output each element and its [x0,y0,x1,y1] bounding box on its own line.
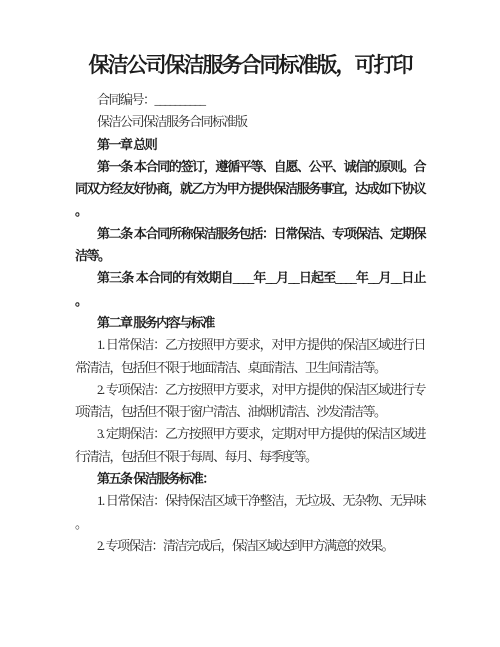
document-page: 保洁公司保洁服务合同标准版，可打印 合同编号：__________保洁公司保洁服… [0,0,500,647]
document-line: 第一条 本合同的签订，遵循平等、自愿、公平、诚信的原则。合 [75,156,425,178]
document-line: 第三条 本合同的有效期自____年__月__日起至____年__月__日止 [75,267,425,289]
document-line: 3. 定期保洁：乙方按照甲方要求，定期对甲方提供的保洁区域进 [75,423,425,445]
document-line: 1. 日常保洁：保持保洁区域干净整洁，无垃圾、无杂物、无异味 [75,490,425,512]
document-line: 第五条 保洁服务标准： [75,468,425,490]
document-line: 项清洁，包括但不限于窗户清洁、油烟机清洁、沙发清洁等。 [75,401,425,423]
document-line: 。 [75,513,425,535]
document-line: 洁等。 [75,245,425,267]
document-title: 保洁公司保洁服务合同标准版，可打印 [0,49,500,81]
document-line: 第一章 总则 [75,134,425,156]
document-line: 1. 日常保洁：乙方按照甲方要求，对甲方提供的保洁区域进行日 [75,334,425,356]
document-line: 合同编号：__________ [75,89,425,111]
document-line: 保洁公司保洁服务合同标准版 [75,111,425,133]
document-line: 第二条 本合同所称保洁服务包括：日常保洁、专项保洁、定期保 [75,223,425,245]
document-line: 。 [75,200,425,222]
document-line: 第二章 服务内容与标准 [75,312,425,334]
document-body: 合同编号：__________保洁公司保洁服务合同标准版第一章 总则第一条 本合… [75,89,425,557]
document-line: 2. 专项保洁：清洁完成后，保洁区域达到甲方满意的效果。 [75,535,425,557]
document-line: 2. 专项保洁：乙方按照甲方要求，对甲方提供的保洁区域进行专 [75,379,425,401]
document-line: 行清洁，包括但不限于每周、每月、每季度等。 [75,446,425,468]
document-line: 同双方经友好协商，就乙方为甲方提供保洁服务事宜，达成如下协议 [75,178,425,200]
document-line: 常清洁，包括但不限于地面清洁、桌面清洁、卫生间清洁等。 [75,357,425,379]
document-line: 。 [75,290,425,312]
